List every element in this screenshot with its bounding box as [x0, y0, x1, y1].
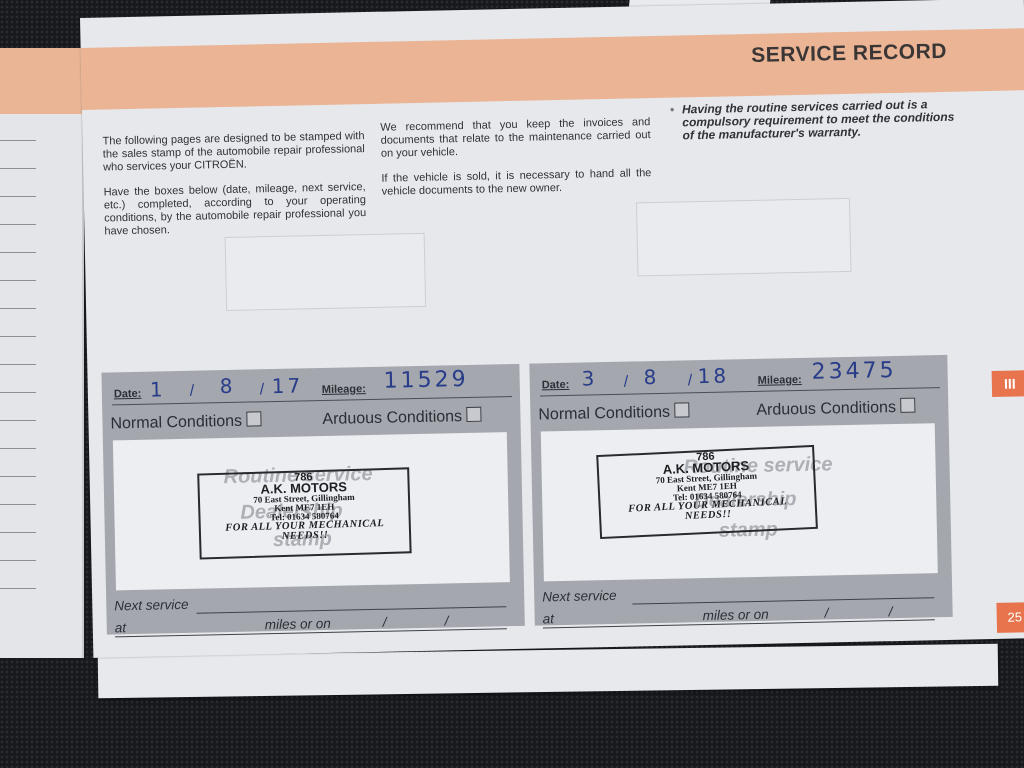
service-record-box: Date: 1 / 8 / 17 Mileage: 11529 Normal C… — [101, 364, 524, 635]
date-separator: / — [888, 604, 892, 619]
miles-or-on-label: miles or on — [702, 607, 768, 623]
ruled-line — [0, 364, 36, 365]
left-page — [0, 48, 84, 658]
mileage-value[interactable]: 23475 — [811, 358, 897, 385]
normal-conditions-option[interactable]: Normal Conditions — [110, 411, 261, 433]
mileage-value[interactable]: 11529 — [383, 367, 469, 394]
at-label: at — [115, 620, 127, 635]
ruled-line — [0, 168, 36, 169]
ruled-line — [0, 476, 36, 477]
at-label: at — [543, 611, 555, 626]
ruled-line — [0, 280, 36, 281]
bullet-icon: • — [670, 104, 674, 117]
intro-paragraph: We recommend that you keep the invoices … — [380, 116, 651, 161]
ruled-line — [0, 140, 36, 141]
next-service-at-row: at miles or on / / — [543, 603, 941, 629]
normal-conditions-label: Normal Conditions — [538, 404, 670, 424]
ruled-line — [0, 392, 36, 393]
arduous-conditions-checkbox[interactable] — [466, 407, 481, 422]
service-record-page: SERVICE RECORD The following pages are d… — [80, 0, 1024, 658]
date-separator: / — [260, 381, 265, 399]
next-service-at-row: at miles or on / / — [115, 612, 513, 638]
normal-conditions-checkbox[interactable] — [674, 402, 689, 417]
service-record-box: Date: 3 / 8 / 18 Mileage: 23475 Normal C… — [529, 355, 952, 626]
date-separator: / — [624, 374, 629, 392]
intro-paragraph: Have the boxes below (date, mileage, nex… — [104, 181, 367, 238]
ruled-line — [0, 224, 36, 225]
date-month[interactable]: 8 — [219, 374, 235, 398]
ruled-line — [0, 420, 36, 421]
normal-conditions-checkbox[interactable] — [246, 411, 261, 426]
date-separator: / — [688, 372, 693, 390]
mileage-label: Mileage: — [758, 374, 802, 387]
dealer-stamp: 786 A.K. MOTORS 70 East Street, Gillingh… — [197, 467, 411, 559]
warranty-note-text: Having the routine services carried out … — [682, 97, 955, 142]
date-mileage-row: Date: 1 / 8 / 17 Mileage: 11529 — [112, 374, 512, 405]
ruled-line — [0, 448, 36, 449]
ruled-line — [0, 560, 36, 561]
miles-or-on-label: miles or on — [265, 616, 331, 632]
date-separator: / — [383, 615, 387, 630]
ruled-line — [0, 252, 36, 253]
faint-stamp-offset — [225, 233, 427, 311]
page-number: 25 — [996, 602, 1024, 633]
date-day[interactable]: 1 — [150, 377, 166, 401]
intro-column-2: We recommend that you keep the invoices … — [380, 116, 652, 211]
ruled-line — [0, 308, 36, 309]
arduous-conditions-option[interactable]: Arduous Conditions — [322, 407, 481, 429]
date-year[interactable]: 17 — [271, 373, 303, 398]
intro-paragraph: The following pages are designed to be s… — [102, 130, 365, 174]
date-month[interactable]: 8 — [643, 365, 659, 389]
arduous-conditions-label: Arduous Conditions — [322, 408, 462, 428]
conditions-row: Normal Conditions Arduous Conditions — [110, 404, 512, 434]
next-service-label: Next service — [542, 588, 617, 605]
ruled-line — [0, 196, 36, 197]
date-day[interactable]: 3 — [581, 366, 597, 390]
faint-stamp-offset — [636, 198, 852, 276]
next-service-label: Next service — [114, 597, 189, 614]
section-tab: III — [992, 370, 1024, 397]
intro-paragraph: If the vehicle is sold, it is necessary … — [381, 167, 651, 199]
dealer-stamp-area: Routine service Dealership stamp 786 A.K… — [541, 423, 938, 581]
arduous-conditions-checkbox[interactable] — [900, 398, 915, 413]
intro-column-1: The following pages are designed to be s… — [102, 130, 366, 250]
mileage-label: Mileage: — [322, 383, 366, 396]
date-separator: / — [445, 613, 449, 628]
normal-conditions-label: Normal Conditions — [110, 413, 242, 433]
arduous-conditions-option[interactable]: Arduous Conditions — [756, 398, 915, 420]
dealer-stamp-area: Routine service Dealership stamp 786 A.K… — [113, 432, 510, 590]
arduous-conditions-label: Arduous Conditions — [756, 399, 896, 419]
date-separator: / — [190, 383, 195, 401]
date-label: Date: — [114, 388, 142, 401]
ruled-line — [0, 588, 36, 589]
warranty-note: • Having the routine services carried ou… — [682, 98, 959, 143]
left-page-header-band — [0, 48, 82, 114]
ruled-line — [0, 504, 36, 505]
conditions-row: Normal Conditions Arduous Conditions — [538, 395, 940, 425]
ruled-line — [0, 532, 36, 533]
normal-conditions-option[interactable]: Normal Conditions — [538, 402, 689, 424]
date-label: Date: — [542, 379, 570, 392]
dealer-stamp: 786 A.K. MOTORS 70 East Street, Gillingh… — [596, 445, 818, 539]
date-year[interactable]: 18 — [697, 363, 729, 388]
page-title: SERVICE RECORD — [751, 40, 947, 68]
date-separator: / — [824, 605, 828, 620]
date-mileage-row: Date: 3 / 8 / 18 Mileage: 23475 — [540, 365, 940, 396]
ruled-line — [0, 336, 36, 337]
